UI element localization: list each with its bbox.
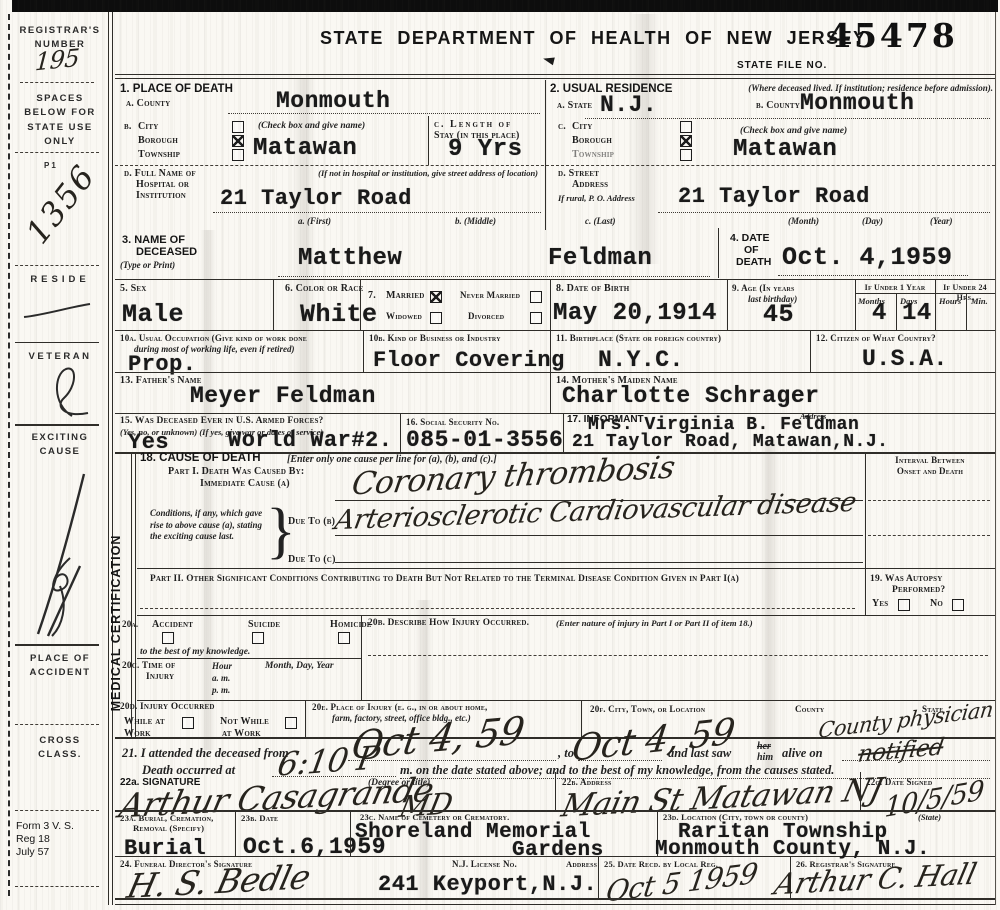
- not-while-checkbox: [285, 717, 297, 729]
- divider: [550, 279, 551, 413]
- alive-on-text: alive on: [782, 746, 823, 762]
- place-of-injury-label: 20e. Place of Injury (e. g., in or about…: [312, 702, 488, 713]
- burial-label2: Removal (Specify): [133, 823, 204, 834]
- license-address-value: 241 Keyport,N.J.: [378, 872, 597, 897]
- name-of-deceased-title2: DECEASED: [136, 246, 197, 258]
- rule: [15, 810, 99, 811]
- date-of-birth-value: May 20,1914: [553, 300, 717, 327]
- year-caption: (Year): [930, 216, 953, 227]
- burial-value: Burial: [124, 836, 206, 861]
- cemetery-state-label: (State): [918, 812, 941, 823]
- attended-text: 21. I attended the deceased from: [122, 746, 289, 762]
- divorced-checkbox: [530, 312, 542, 324]
- rule: [15, 424, 99, 426]
- residence-city-checkbox: [680, 121, 692, 133]
- due-to-c-label: Due To (c): [288, 554, 336, 567]
- state-value: N.J.: [600, 92, 657, 118]
- divider: [305, 700, 306, 737]
- rule: [137, 615, 995, 616]
- manner-number: 20a.: [122, 619, 138, 630]
- rule: [335, 562, 863, 563]
- age-days-value: 14: [902, 300, 932, 327]
- rule: [137, 658, 361, 659]
- cross-class-label: CROSS CLASS.: [24, 734, 96, 763]
- city-label: City: [138, 121, 158, 134]
- time-of-injury-label1: 20c. Time of: [122, 661, 175, 673]
- widowed-checkbox: [430, 312, 442, 324]
- rule: [15, 342, 99, 343]
- borough-label: Borough: [138, 135, 178, 148]
- rule: [213, 212, 541, 213]
- scan-edge: [12, 0, 998, 12]
- residence-cbt-prefix: c.: [558, 121, 566, 134]
- month-caption: (Month): [788, 216, 819, 227]
- sex-label: 5. Sex: [120, 283, 147, 296]
- death-certificate: REGISTRAR'S NUMBER 195 SPACES BELOW FOR …: [0, 0, 1000, 910]
- suicide-label: Suicide: [248, 619, 280, 632]
- rule: [115, 78, 995, 79]
- rule: [278, 276, 710, 277]
- divider: [350, 810, 351, 856]
- county-value: Monmouth: [276, 88, 390, 114]
- married-checkbox-checked: [430, 291, 442, 303]
- rule: [842, 760, 990, 761]
- marital-number: 7.: [368, 290, 376, 303]
- p1-label: P1: [44, 160, 58, 172]
- date-of-death-value: Oct. 4,1959: [782, 243, 953, 272]
- divider: [361, 615, 362, 700]
- rule: [15, 886, 99, 887]
- pm-label: p. m.: [212, 685, 230, 696]
- describe-injury-label: 20b. Describe How Injury Occurred.: [368, 618, 529, 630]
- divider: [235, 810, 236, 856]
- age-label1: 9. Age (In years: [732, 283, 795, 294]
- name-of-deceased-title1: 3. NAME OF: [122, 234, 185, 246]
- rule: [368, 655, 988, 656]
- accident-checkbox: [162, 632, 174, 644]
- rule: [115, 904, 995, 905]
- date-of-birth-label: 8. Date of Birth: [556, 283, 629, 296]
- mothers-name-value: Charlotte Schrager: [562, 383, 819, 409]
- place-of-accident-label: PLACE OF ACCIDENT: [20, 652, 100, 681]
- hours-label: Hours: [939, 296, 961, 307]
- rule: [585, 118, 990, 119]
- birthplace-label: 11. Birthplace (State or foreign country…: [556, 333, 721, 344]
- director-address-label: Address: [566, 859, 597, 870]
- injury-city-label: 20f. City, Town, or Location: [590, 704, 705, 715]
- autopsy-no-label: No: [930, 598, 943, 611]
- hour-label: Hour: [212, 661, 232, 672]
- divider: [273, 279, 274, 330]
- homicide-label: Homicide: [330, 619, 372, 632]
- injury-occurred-label: 20d. Injury Occurred: [120, 702, 215, 714]
- widowed-label: Widowed: [386, 311, 422, 322]
- rule: [15, 152, 99, 153]
- divider: [860, 772, 861, 810]
- part1-label: Part I. Death Was Caused By:: [168, 466, 304, 479]
- residence-borough-checkbox-checked: [680, 135, 692, 147]
- conditions-hint: Conditions, if any, which gave rise to a…: [150, 508, 266, 543]
- date-of-death-title2: OF: [744, 244, 759, 256]
- due-to-b-label: Due To (b): [288, 516, 335, 529]
- immediate-cause-label: Immediate Cause (a): [200, 478, 290, 491]
- age-value: 45: [763, 300, 794, 329]
- first-name-value: Matthew: [298, 245, 402, 272]
- business-value: Floor Covering: [373, 348, 565, 373]
- municipality-value: Matawan: [253, 135, 357, 162]
- divider: [135, 452, 136, 738]
- residence-municipality-value: Matawan: [733, 136, 837, 163]
- divider: [810, 330, 811, 372]
- birthplace-value: N.Y.C.: [598, 347, 684, 373]
- residence-city-label: City: [572, 121, 592, 134]
- borough-checkbox-checked: [232, 135, 244, 147]
- while-at-work-label1: While at: [124, 716, 165, 729]
- license-no-label: N.J. License No.: [452, 859, 517, 870]
- part2-label: Part II. Other Significant Conditions Co…: [150, 574, 739, 586]
- rule: [20, 82, 94, 83]
- divider: [718, 228, 719, 278]
- fathers-name-value: Meyer Feldman: [190, 383, 376, 409]
- autopsy-no-checkbox: [952, 599, 964, 611]
- accident-label: Accident: [152, 619, 193, 632]
- place-of-death-title: 1. PLACE OF DEATH: [120, 83, 233, 95]
- rule: [15, 724, 99, 725]
- rule: [115, 413, 995, 414]
- describe-injury-hint: (Enter nature of injury in Part I or Par…: [556, 618, 753, 629]
- institution-label3: Institution: [136, 190, 186, 203]
- rule: [140, 608, 855, 609]
- cause-of-death-title: 18. CAUSE OF DEATH: [140, 452, 261, 464]
- business-label: 10b. Kind of Business or Industry: [369, 333, 501, 344]
- interval-label1: Interval Between: [868, 455, 992, 466]
- divider: [545, 80, 546, 230]
- divider: [727, 279, 728, 330]
- rule: [115, 372, 995, 373]
- divorced-label: Divorced: [468, 311, 504, 322]
- rule: [228, 113, 540, 114]
- residence-township-label: Township: [572, 149, 614, 162]
- never-married-label: Never Married: [460, 290, 520, 301]
- rule: [137, 700, 995, 701]
- last-name-value: Feldman: [548, 245, 652, 272]
- married-label: Married: [386, 290, 424, 303]
- street-address-hint: If rural, P. O. Address: [558, 193, 635, 204]
- city-borough-township-prefix: b.: [124, 121, 132, 134]
- divider: [865, 452, 866, 615]
- occupation-value: Prop.: [128, 352, 197, 377]
- divider: [108, 12, 109, 905]
- form-reg: Reg 18: [16, 833, 50, 845]
- divider: [112, 12, 113, 905]
- rule: [115, 74, 995, 75]
- rule: [15, 644, 99, 646]
- time-of-injury-label2: Injury: [146, 672, 174, 684]
- rule: [115, 165, 995, 166]
- citizen-label: 12. Citizen of What Country?: [816, 333, 936, 344]
- length-of-stay-value: 9 Yrs: [448, 136, 523, 163]
- case-number-handwritten: 1356: [18, 157, 103, 251]
- rule: [868, 500, 990, 501]
- ssn-value: 085-01-3556: [406, 427, 563, 453]
- city-checkbox: [232, 121, 244, 133]
- not-while-label1: Not While: [220, 716, 269, 729]
- form-date: July 57: [16, 846, 49, 858]
- rule: [658, 212, 990, 213]
- informant-address-value: 21 Taylor Road, Matawan,N.J.: [572, 432, 888, 452]
- autopsy-yes-label: Yes: [872, 598, 888, 611]
- state-label: a. State: [557, 100, 592, 113]
- divider: [400, 413, 401, 452]
- divider: [363, 330, 364, 372]
- check-box-hint: (Check box and give name): [258, 121, 365, 133]
- notified-handwritten-struck: notified: [856, 734, 945, 768]
- race-value: White: [300, 300, 378, 329]
- interval-label2: Onset and Death: [868, 466, 992, 477]
- rule: [778, 275, 968, 276]
- residence-county-value: Monmouth: [800, 90, 914, 116]
- divider: [598, 856, 599, 898]
- cemetery-location-value2: Monmouth County, N.J.: [655, 838, 930, 861]
- state-use-label: SPACES BELOW FOR STATE USE ONLY: [18, 92, 102, 149]
- divider: [995, 12, 996, 905]
- type-or-print-hint: (Type or Print): [120, 260, 175, 271]
- date-of-death-title1: 4. DATE: [730, 232, 769, 244]
- middle-name-caption: b. (Middle): [455, 216, 496, 227]
- first-name-caption: a. (First): [298, 216, 331, 227]
- injury-county-label: County: [795, 704, 824, 715]
- residence-township-checkbox: [680, 149, 692, 161]
- autopsy-yes-checkbox: [898, 599, 910, 611]
- document-title: STATE DEPARTMENT OF HEALTH OF NEW JERSEY: [320, 28, 867, 49]
- last-name-caption: c. (Last): [585, 216, 616, 227]
- rule: [15, 265, 99, 266]
- while-at-work-checkbox: [182, 717, 194, 729]
- divider: [131, 452, 132, 738]
- rule: [115, 898, 995, 900]
- rule: [868, 535, 990, 536]
- citizen-value: U.S.A.: [862, 346, 948, 372]
- causes-stated-text: m. on the date stated above; and to the …: [400, 763, 834, 779]
- institution-value: 21 Taylor Road: [220, 186, 412, 211]
- township-label: Township: [138, 149, 180, 162]
- homicide-checkbox: [338, 632, 350, 644]
- street-address-label2: Address: [572, 179, 608, 192]
- rule: [115, 279, 995, 280]
- rule: [335, 535, 863, 536]
- county-label: a. County: [126, 98, 170, 111]
- under-1-year-label: If Under 1 Year: [856, 283, 934, 293]
- day-caption: (Day): [862, 216, 883, 227]
- suicide-checkbox: [252, 632, 264, 644]
- divider: [563, 413, 564, 452]
- certificate-number-stamp: 45478: [828, 16, 958, 55]
- exciting-cause-label: EXCITING CAUSE: [22, 431, 98, 460]
- date-of-death-title3: DEATH: [736, 256, 771, 268]
- autopsy-label2: Performed?: [892, 585, 945, 597]
- divider: [555, 772, 556, 810]
- form-number: Form 3 V. S.: [16, 820, 74, 832]
- registrar-number-value: 195: [34, 44, 80, 77]
- rule: [115, 330, 995, 331]
- handwritten-mark: [42, 362, 94, 422]
- rule: [137, 568, 995, 569]
- residence-borough-label: Borough: [572, 135, 612, 148]
- stray-mark: [542, 55, 555, 65]
- institution-hint: (If not in hospital or institution, give…: [216, 168, 538, 179]
- never-married-checkbox: [530, 291, 542, 303]
- war-value: World War#2.: [228, 428, 392, 453]
- divider: [428, 116, 429, 165]
- scan-streak: [630, 14, 660, 264]
- handwritten-mark: [32, 548, 92, 640]
- rule: [578, 760, 662, 761]
- reside-label: RESIDE: [22, 273, 98, 287]
- street-address-value: 21 Taylor Road: [678, 184, 870, 209]
- rule: [115, 810, 995, 812]
- age-months-value: 4: [872, 300, 887, 327]
- divider: [896, 293, 897, 330]
- race-label: 6. Color or Race: [285, 283, 364, 296]
- divider: [966, 293, 967, 330]
- month-day-year-label: Month, Day, Year: [265, 661, 334, 673]
- residence-county-label: b. County: [756, 100, 800, 113]
- township-checkbox: [232, 149, 244, 161]
- am-label: a. m.: [212, 673, 230, 684]
- handwritten-mark: [22, 300, 94, 322]
- min-label: Min.: [971, 296, 988, 307]
- sex-value: Male: [122, 300, 184, 329]
- rule: [348, 760, 556, 761]
- burial-date-label: 23b. Date: [241, 813, 278, 824]
- divider: [360, 279, 361, 330]
- state-file-no-label: STATE FILE NO.: [737, 60, 827, 71]
- occupation-label1: 10a. Usual Occupation (Give kind of work…: [120, 333, 307, 344]
- last-saw-text: and last saw: [668, 746, 731, 762]
- page-edge: [8, 14, 10, 896]
